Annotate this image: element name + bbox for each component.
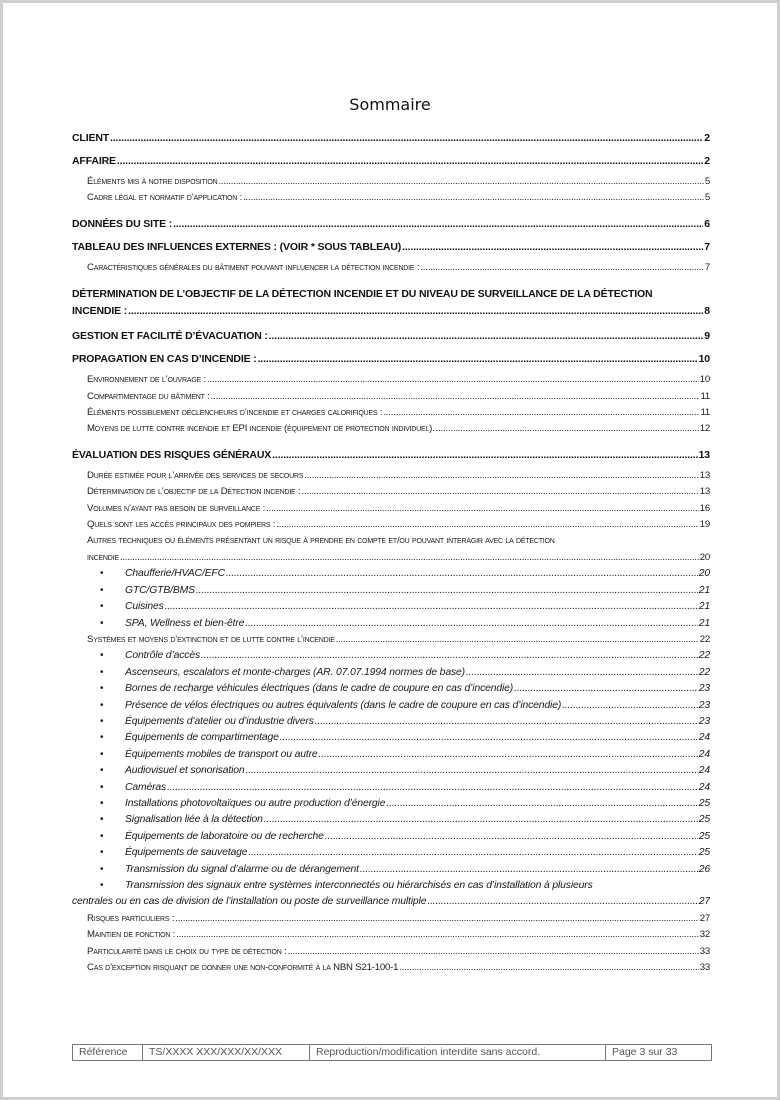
dot-leader: [383, 405, 699, 421]
bullet-icon: •: [100, 829, 125, 845]
dot-leader: [120, 550, 699, 566]
toc-entry-label: Compartimentage du bâtiment :: [87, 389, 210, 405]
bullet-icon: •: [100, 599, 125, 615]
dot-leader: [280, 730, 698, 746]
toc-entry-level-3[interactable]: •Transmission des signaux entre systèmes…: [72, 878, 710, 911]
dot-leader: [301, 484, 698, 500]
toc-entry-level-2[interactable]: Moyens de lutte contre incendie et EPI i…: [72, 421, 710, 437]
toc-entry-label: Contrôle d’accès: [125, 648, 200, 664]
dot-leader: [243, 190, 704, 206]
toc-entry-level-1[interactable]: PROPAGATION EN CAS D’INCENDIE :10: [72, 352, 710, 366]
toc-entry-label: Éléments possiblement déclencheurs d’inc…: [87, 405, 382, 421]
dot-leader: [514, 681, 698, 697]
toc-entry-page: 22: [699, 665, 710, 681]
toc-entry-level-3[interactable]: •Équipements de sauvetage 25: [72, 845, 710, 861]
toc-entry-label: Présence de vélos électriques ou autres …: [125, 698, 561, 714]
bullet-icon: •: [100, 878, 125, 894]
toc-entry-line2: INCENDIE :8: [72, 303, 710, 320]
toc-entry-level-2[interactable]: Volumes n’ayant pas besoin de surveillan…: [72, 501, 710, 517]
dot-leader: [175, 911, 698, 927]
toc-entry-label: Installations photovoltaïques ou autre p…: [125, 796, 385, 812]
toc-entry-level-2[interactable]: Quels sont les accès principaux des pomp…: [72, 517, 710, 533]
bullet-icon: •: [100, 616, 125, 632]
toc-entry-label: Particularité dans le choix du type de d…: [87, 944, 287, 960]
toc-entry-level-3[interactable]: •Signalisation liée à la détection 25: [72, 812, 710, 828]
toc-entry-level-3[interactable]: •SPA, Wellness et bien-être 21: [72, 616, 710, 632]
toc-entry-label: Équipements de laboratoire ou de recherc…: [125, 829, 324, 845]
dot-leader: [466, 665, 698, 681]
toc-entry-label: SPA, Wellness et bien-être: [125, 616, 244, 632]
toc-entry-level-3[interactable]: •Cuisines 21: [72, 599, 710, 615]
toc-entry-label: Moyens de lutte contre incendie et EPI i…: [87, 421, 435, 437]
toc-entry-page: 19: [700, 517, 710, 533]
dot-leader: [315, 714, 698, 730]
toc-entry-level-2[interactable]: Risques particuliers :27: [72, 911, 710, 927]
toc-entry-level-2[interactable]: Détermination de l’objectif de la Détect…: [72, 484, 710, 500]
toc-entry-page: 11: [700, 405, 710, 421]
toc-entry-label-line1: DÉTERMINATION DE L’OBJECTIF DE LA DÉTECT…: [72, 286, 710, 303]
page-footer: Référence TS/XXXX XXX/XXX/XX/XXX Reprodu…: [72, 1044, 712, 1061]
footer-reference-label: Référence: [73, 1045, 143, 1060]
toc-entry-page: 23: [699, 681, 710, 697]
dot-leader: [117, 154, 703, 168]
toc-entry-page: 21: [699, 599, 710, 615]
toc-entry-level-2[interactable]: Éléments possiblement déclencheurs d’inc…: [72, 405, 710, 421]
dot-leader: [325, 829, 698, 845]
toc-entry-label: TABLEAU DES INFLUENCES EXTERNES : (VOIR …: [72, 240, 401, 254]
toc-entry-level-1[interactable]: GESTION ET FACILITÉ D’ÉVACUATION :9: [72, 329, 710, 343]
dot-leader: [427, 894, 697, 910]
toc-entry-page: 27: [700, 911, 710, 927]
dot-leader: [360, 862, 698, 878]
dot-leader: [402, 240, 703, 254]
toc-entry-label: Détermination de l’objectif de la Détect…: [87, 484, 300, 500]
dot-leader: [196, 583, 698, 599]
bullet-icon: •: [100, 665, 125, 681]
bullet-icon: •: [100, 845, 125, 861]
toc-entry-page: 10: [700, 372, 710, 388]
toc-entry-label: Équipements de sauvetage: [125, 845, 247, 861]
toc-entry-label: Chaufferie/HVAC/EFC: [125, 566, 225, 582]
bullet-icon: •: [100, 730, 125, 746]
bullet-icon: •: [100, 763, 125, 779]
toc-entry-level-2[interactable]: Cadre légal et normatif d’application :5: [72, 190, 710, 206]
toc-entry-level-3[interactable]: •Audiovisuel et sonorisation24: [72, 763, 710, 779]
dot-leader: [562, 698, 698, 714]
dot-leader: [245, 616, 697, 632]
toc-entry-level-1[interactable]: TABLEAU DES INFLUENCES EXTERNES : (VOIR …: [72, 240, 710, 254]
toc-entry-page: 27: [699, 894, 710, 910]
toc-entry-label-line1: Autres techniques ou éléments présentant…: [87, 533, 710, 549]
toc-entry-page: 25: [699, 796, 710, 812]
toc-entry-level-2[interactable]: Environnement de l’ouvrage :10: [72, 372, 710, 388]
bullet-icon: •: [100, 648, 125, 664]
bullet-icon: •: [100, 583, 125, 599]
toc-entry-level-3[interactable]: •GTC/GTB/BMS21: [72, 583, 710, 599]
toc-entry-level-3[interactable]: •Ascenseurs, escalators et monte-charges…: [72, 665, 710, 681]
toc-entry-level-3[interactable]: •Bornes de recharge véhicules électrique…: [72, 681, 710, 697]
table-of-contents: CLIENT2AFFAIRE 2Éléments mis à notre dis…: [72, 131, 710, 976]
toc-entry-label: Risques particuliers :: [87, 911, 174, 927]
toc-entry-level-2[interactable]: Particularité dans le choix du type de d…: [72, 944, 710, 960]
dot-leader: [266, 501, 699, 517]
bullet-icon: •: [100, 681, 125, 697]
toc-entry-label: Équipements de compartimentage: [125, 730, 279, 746]
toc-entry-page: 22: [700, 632, 710, 648]
toc-entry-page: 33: [700, 960, 710, 976]
toc-entry-page: 32: [700, 927, 710, 943]
toc-entry-level-2[interactable]: Cas d’exception risquant de donner une n…: [72, 960, 710, 976]
dot-leader: [173, 217, 703, 231]
dot-leader: [420, 260, 704, 276]
toc-entry-page: 5: [705, 174, 710, 190]
toc-entry-level-2[interactable]: Durée estimée pour l’arrivée des service…: [72, 468, 710, 484]
toc-entry-level-2[interactable]: Caractéristiques générales du bâtiment p…: [72, 260, 710, 276]
dot-leader: [272, 448, 697, 462]
bullet-icon: •: [100, 812, 125, 828]
toc-entry-level-3[interactable]: •Caméras24: [72, 780, 710, 796]
toc-entry-level-3[interactable]: •Installations photovoltaïques ou autre …: [72, 796, 710, 812]
toc-entry-level-1[interactable]: CLIENT2: [72, 131, 710, 145]
toc-entry-page: 22: [699, 648, 710, 664]
dot-leader: [226, 566, 698, 582]
bullet-icon: •: [100, 566, 125, 582]
toc-entry-page: 13: [699, 448, 710, 462]
dot-leader: [211, 389, 700, 405]
toc-entry-label-line2: incendie: [87, 550, 119, 566]
dot-leader: [207, 372, 699, 388]
dot-leader: [128, 303, 703, 320]
dot-leader: [110, 131, 703, 145]
toc-entry-page: 24: [699, 763, 710, 779]
toc-entry-label: Environnement de l’ouvrage :: [87, 372, 206, 388]
toc-entry-label: Durée estimée pour l’arrivée des service…: [87, 468, 303, 484]
toc-entry-page: 13: [700, 484, 710, 500]
dot-leader: [399, 960, 698, 976]
toc-entry-level-1[interactable]: ÉVALUATION DES RISQUES GÉNÉRAUX 13: [72, 448, 710, 462]
toc-entry-label: Cadre légal et normatif d’application :: [87, 190, 242, 206]
dot-leader: [276, 517, 698, 533]
toc-entry-page: 25: [699, 812, 710, 828]
toc-entry-line1: •Transmission des signaux entre systèmes…: [100, 878, 710, 894]
toc-entry-label: Maintien de fonction :: [87, 927, 175, 943]
toc-entry-page: 24: [699, 730, 710, 746]
toc-entry-page: 8: [704, 303, 710, 320]
dot-leader: [269, 329, 704, 343]
toc-entry-page: 9: [704, 329, 710, 343]
toc-entry-level-1[interactable]: DÉTERMINATION DE L’OBJECTIF DE LA DÉTECT…: [72, 286, 710, 320]
toc-entry-label-line2: INCENDIE :: [72, 303, 127, 320]
toc-entry-page: 2: [704, 131, 710, 145]
toc-entry-level-3[interactable]: •Chaufferie/HVAC/EFC20: [72, 566, 710, 582]
toc-entry-line2: incendie20: [87, 550, 710, 566]
toc-entry-label: Signalisation liée à la détection: [125, 812, 263, 828]
toc-entry-line2: centrales ou en cas de division de l’ins…: [72, 894, 710, 910]
toc-entry-label: Éléments mis à notre disposition: [87, 174, 217, 190]
dot-leader: [386, 796, 697, 812]
footer-notice: Reproduction/modification interdite sans…: [310, 1045, 606, 1060]
toc-entry-label: Cuisines: [125, 599, 164, 615]
toc-entry-page: 7: [704, 240, 710, 254]
dot-leader: [201, 648, 698, 664]
toc-entry-label: Équipements mobiles de transport ou autr…: [125, 747, 318, 763]
toc-entry-page: 23: [699, 698, 710, 714]
toc-entry-page: 6: [704, 217, 710, 231]
toc-entry-page: 2: [704, 154, 710, 168]
toc-entry-level-3[interactable]: •Présence de vélos électriques ou autres…: [72, 698, 710, 714]
toc-entry-label: PROPAGATION EN CAS D’INCENDIE :: [72, 352, 257, 366]
toc-entry-level-2[interactable]: Maintien de fonction : 32: [72, 927, 710, 943]
toc-entry-level-3[interactable]: •Transmission du signal d’alarme ou de d…: [72, 862, 710, 878]
toc-entry-level-2[interactable]: Systèmes et moyens d’extinction et de lu…: [72, 632, 710, 648]
toc-entry-label: Systèmes et moyens d’extinction et de lu…: [87, 632, 335, 648]
footer-reference-value: TS/XXXX XXX/XXX/XX/XXX: [143, 1045, 310, 1060]
bullet-icon: •: [100, 780, 125, 796]
toc-entry-level-3[interactable]: •Contrôle d’accès22: [72, 648, 710, 664]
toc-entry-level-2[interactable]: Autres techniques ou éléments présentant…: [72, 533, 710, 566]
toc-entry-label: DONNÉES DU SITE :: [72, 217, 172, 231]
toc-entry-page: 26: [699, 862, 710, 878]
dot-leader: [264, 812, 698, 828]
toc-entry-label: Volumes n’ayant pas besoin de surveillan…: [87, 501, 265, 517]
toc-entry-page: 33: [700, 944, 710, 960]
toc-entry-page: 25: [699, 829, 710, 845]
toc-entry-page: 11: [700, 389, 710, 405]
dot-leader: [248, 845, 697, 861]
bullet-icon: •: [100, 796, 125, 812]
toc-entry-level-1[interactable]: AFFAIRE 2: [72, 154, 710, 168]
toc-entry-label: Ascenseurs, escalators et monte-charges …: [125, 665, 465, 681]
toc-entry-label: Transmission des signaux entre systèmes …: [125, 878, 593, 894]
toc-entry-page: 21: [699, 583, 710, 599]
toc-entry-level-3[interactable]: •Équipements de laboratoire ou de recher…: [72, 829, 710, 845]
toc-entry-page: 7: [705, 260, 710, 276]
toc-entry-label: Transmission du signal d’alarme ou de dé…: [125, 862, 359, 878]
toc-entry-page: 25: [699, 845, 710, 861]
toc-entry-label: Quels sont les accès principaux des pomp…: [87, 517, 275, 533]
toc-entry-page: 10: [699, 352, 710, 366]
toc-entry-label: AFFAIRE: [72, 154, 116, 168]
dot-leader: [258, 352, 698, 366]
dot-leader: [218, 174, 703, 190]
dot-leader: [176, 927, 699, 943]
toc-entry-page: 5: [705, 190, 710, 206]
dot-leader: [336, 632, 699, 648]
toc-entry-page: 20: [699, 566, 710, 582]
toc-entry-level-2[interactable]: Éléments mis à notre disposition5: [72, 174, 710, 190]
dot-leader: [319, 747, 698, 763]
toc-entry-label: Équipements d’atelier ou d’industrie div…: [125, 714, 314, 730]
toc-entry-label: GTC/GTB/BMS: [125, 583, 195, 599]
dot-leader: [304, 468, 698, 484]
bullet-icon: •: [100, 747, 125, 763]
toc-entry-page: 20: [700, 550, 710, 566]
dot-leader: [436, 421, 699, 437]
dot-leader: [165, 599, 698, 615]
toc-entry-page: 24: [699, 747, 710, 763]
toc-entry-page: 21: [699, 616, 710, 632]
toc-entry-level-3[interactable]: •Équipements de compartimentage24: [72, 730, 710, 746]
toc-entry-label: Caractéristiques générales du bâtiment p…: [87, 260, 419, 276]
toc-entry-level-2[interactable]: Compartimentage du bâtiment :11: [72, 389, 710, 405]
toc-entry-page: 16: [700, 501, 710, 517]
dot-leader: [288, 944, 699, 960]
bullet-icon: •: [100, 698, 125, 714]
bullet-icon: •: [100, 714, 125, 730]
toc-entry-page: 13: [700, 468, 710, 484]
toc-entry-page: 12: [700, 421, 710, 437]
toc-entry-label: Bornes de recharge véhicules électriques…: [125, 681, 513, 697]
toc-entry-level-3[interactable]: •Équipements d’atelier ou d’industrie di…: [72, 714, 710, 730]
toc-entry-label: Audiovisuel et sonorisation: [125, 763, 245, 779]
toc-entry-label: Cas d’exception risquant de donner une n…: [87, 960, 398, 976]
toc-entry-level-3[interactable]: •Équipements mobiles de transport ou aut…: [72, 747, 710, 763]
toc-entry-label: Caméras: [125, 780, 166, 796]
toc-entry-page: 24: [699, 780, 710, 796]
footer-page-indicator: Page 3 sur 33: [606, 1045, 711, 1060]
toc-entry-label-line2: centrales ou en cas de division de l’ins…: [72, 894, 426, 910]
toc-entry-label: ÉVALUATION DES RISQUES GÉNÉRAUX: [72, 448, 271, 462]
toc-entry-label: GESTION ET FACILITÉ D’ÉVACUATION :: [72, 329, 268, 343]
bullet-icon: •: [100, 862, 125, 878]
dot-leader: [167, 780, 698, 796]
toc-entry-page: 23: [699, 714, 710, 730]
toc-entry-label: CLIENT: [72, 131, 109, 145]
page-title: Sommaire: [0, 95, 780, 114]
dot-leader: [246, 763, 698, 779]
toc-entry-level-1[interactable]: DONNÉES DU SITE :6: [72, 217, 710, 231]
